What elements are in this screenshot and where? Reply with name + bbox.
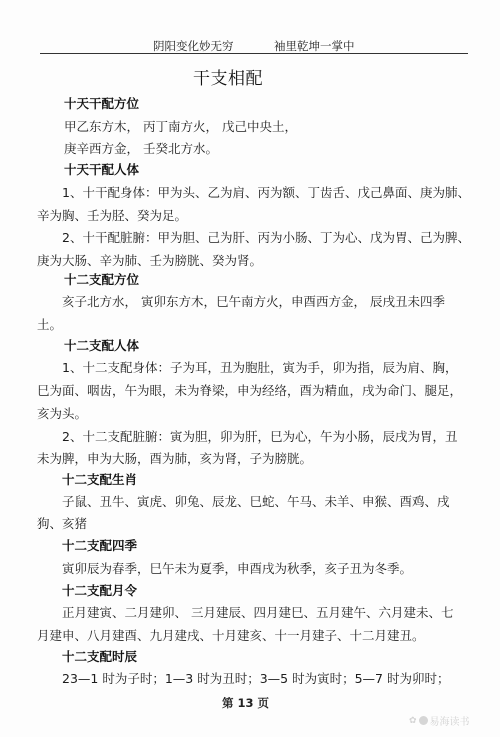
page-number: 第 13 页 <box>222 695 269 711</box>
header-divider <box>40 53 468 54</box>
paragraph-line: 庚辛西方金， 壬癸北方水。 <box>64 139 218 157</box>
paragraph-line: 月建申、八月建酉、九月建戌、十月建亥、十一月建子、十二月建丑。 <box>37 626 425 644</box>
paragraph-line: 寅卯辰为春季，巳午未为夏季，申酉戌为秋季，亥子丑为冬季。 <box>62 559 412 577</box>
paragraph-line: 1、十干配身体：甲为头、乙为肩、丙为额、丁齿舌、戊己鼻面、庚为肺、 <box>62 183 470 201</box>
paragraph-line: 庚为大肠、辛为肺、壬为膀胱、癸为肾。 <box>37 251 262 269</box>
section-heading-tiangan-body: 十天干配人体 <box>64 160 139 178</box>
paragraph-line: 1、十二支配身体：子为耳，丑为胞肚，寅为手，卯为指，辰为肩、胸， <box>62 358 457 376</box>
paragraph-line: 亥为头。 <box>37 404 87 422</box>
paragraph-line: 巳为面、咽齿，午为眼，未为脊梁，申为经络，酉为精血，戌为命门、腿足， <box>37 381 462 399</box>
header-right-text: 袖里乾坤一掌中 <box>274 38 355 54</box>
paragraph-line: 亥子北方水， 寅卯东方木，巳午南方火，申酉西方金， 辰戌丑未四季 <box>62 292 445 310</box>
section-heading-dizhi-seasons: 十二支配四季 <box>62 536 137 554</box>
section-heading-dizhi-body: 十二支配人体 <box>64 336 139 354</box>
paragraph-line: 2、十干配脏腑：甲为胆、己为肝、丙为小肠、丁为心、戊为胃、己为脾、 <box>62 228 470 246</box>
paragraph-line: 23—1 时为子时；1—3 时为丑时；3—5 时为寅时；5—7 时为卯时； <box>62 669 449 687</box>
watermark: ✿ 易海读书 <box>409 713 470 728</box>
paragraph-line: 未为脾，申为大肠，酉为肺，亥为肾，子为膀胱。 <box>37 449 312 467</box>
paragraph-line: 子鼠、丑牛、寅虎、卯兔、辰龙、巳蛇、午马、未羊、申猴、酉鸡、戌 <box>62 492 450 510</box>
paragraph-line: 2、十二支配脏腑：寅为胆，卯为肝，巳为心，午为小肠，辰戌为胃，丑 <box>62 427 457 445</box>
section-heading-tiangan-direction: 十天干配方位 <box>64 94 139 112</box>
paragraph-line: 正月建寅、二月建卯、 三月建辰、四月建巳、五月建午、六月建未、七 <box>62 603 453 621</box>
account-avatar-icon <box>419 716 428 725</box>
document-page: 阴阳变化妙无穷 袖里乾坤一掌中 干支相配 十天干配方位 甲乙东方木， 丙丁南方火… <box>0 0 500 737</box>
watermark-text: 易海读书 <box>430 713 470 728</box>
paragraph-line: 辛为胸、壬为胫、癸为足。 <box>37 206 187 224</box>
paragraph-line: 甲乙东方木， 丙丁南方火， 戊己中央土， <box>64 117 297 135</box>
section-heading-dizhi-direction: 十二支配方位 <box>64 270 139 288</box>
header-left-text: 阴阳变化妙无穷 <box>153 38 234 54</box>
section-heading-dizhi-months: 十二支配月令 <box>62 581 137 599</box>
section-heading-dizhi-hours: 十二支配时辰 <box>62 647 137 665</box>
paragraph-line: 土。 <box>37 315 62 333</box>
paw-icon: ✿ <box>409 716 417 726</box>
running-header: 阴阳变化妙无穷 袖里乾坤一掌中 <box>0 38 500 54</box>
page-title: 干支相配 <box>193 64 263 89</box>
section-heading-dizhi-zodiac: 十二支配生肖 <box>62 470 137 488</box>
paragraph-line: 狗、亥猪 <box>37 514 87 532</box>
